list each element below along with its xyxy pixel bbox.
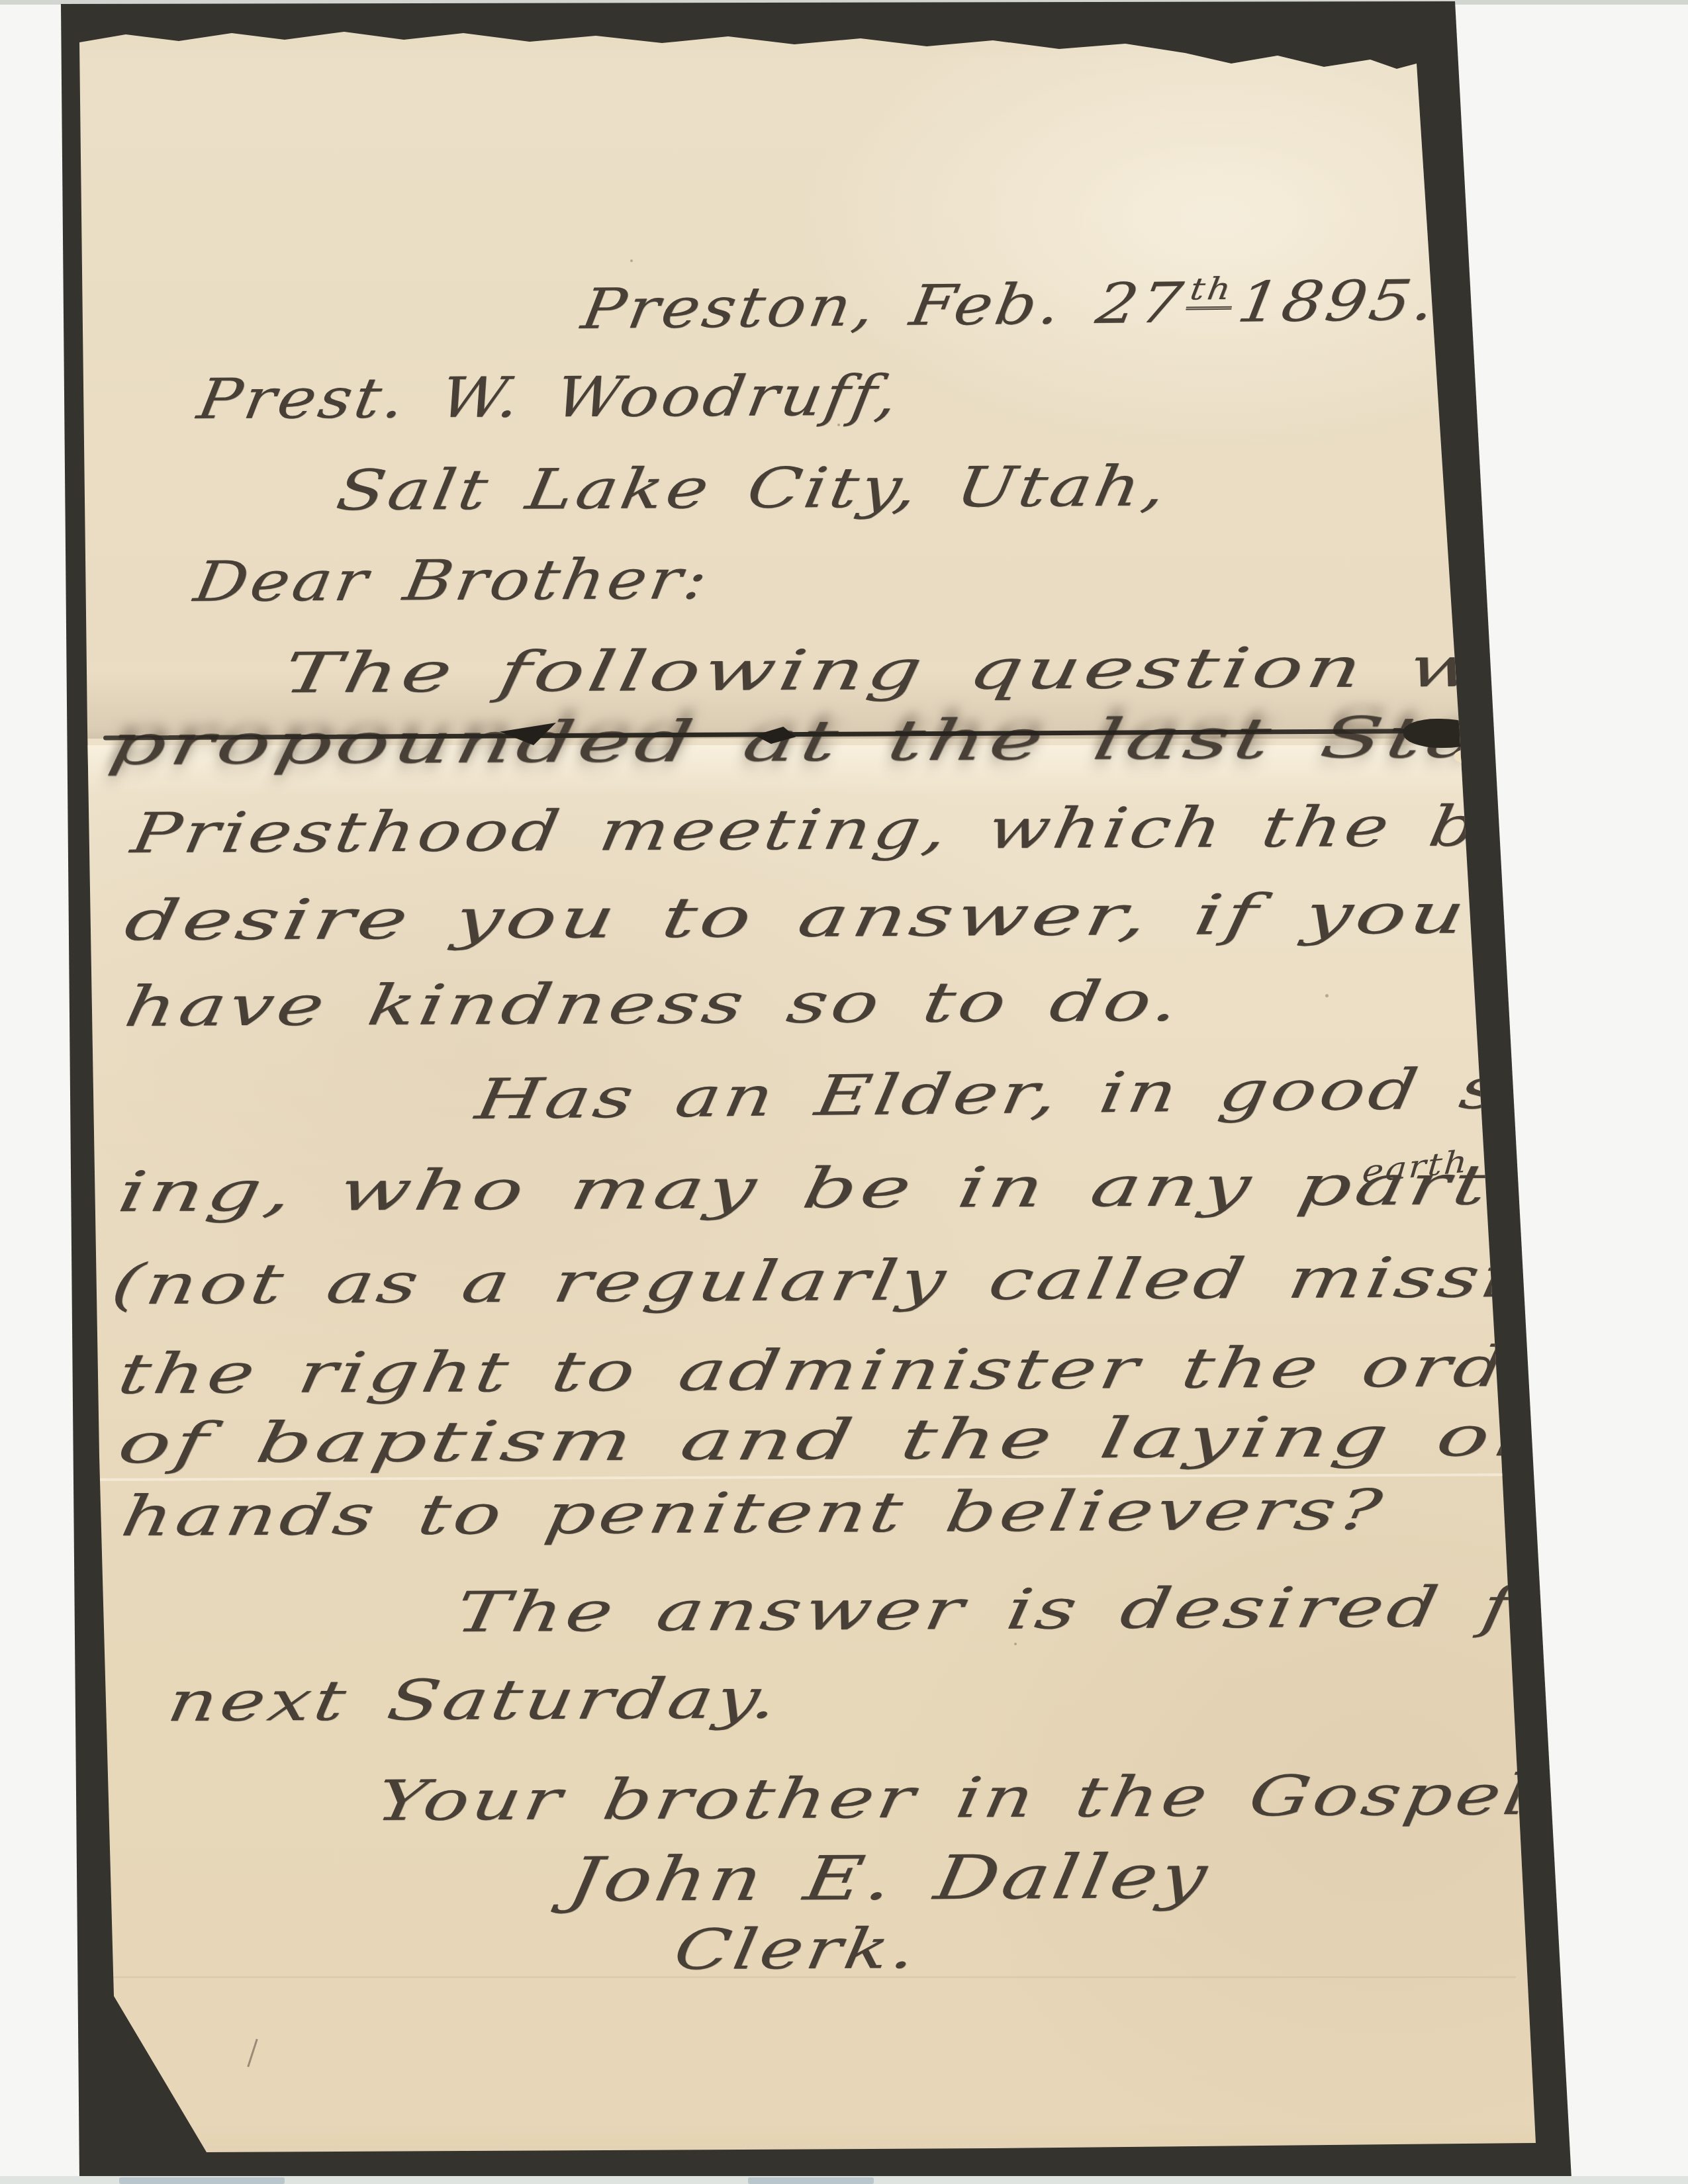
scanner-artifact: [748, 2177, 874, 2184]
scanner-artifact: [119, 2177, 285, 2184]
scanned-letter-page: Preston, Feb. 27th1895. Prest. W. Woodru…: [0, 0, 1688, 2184]
